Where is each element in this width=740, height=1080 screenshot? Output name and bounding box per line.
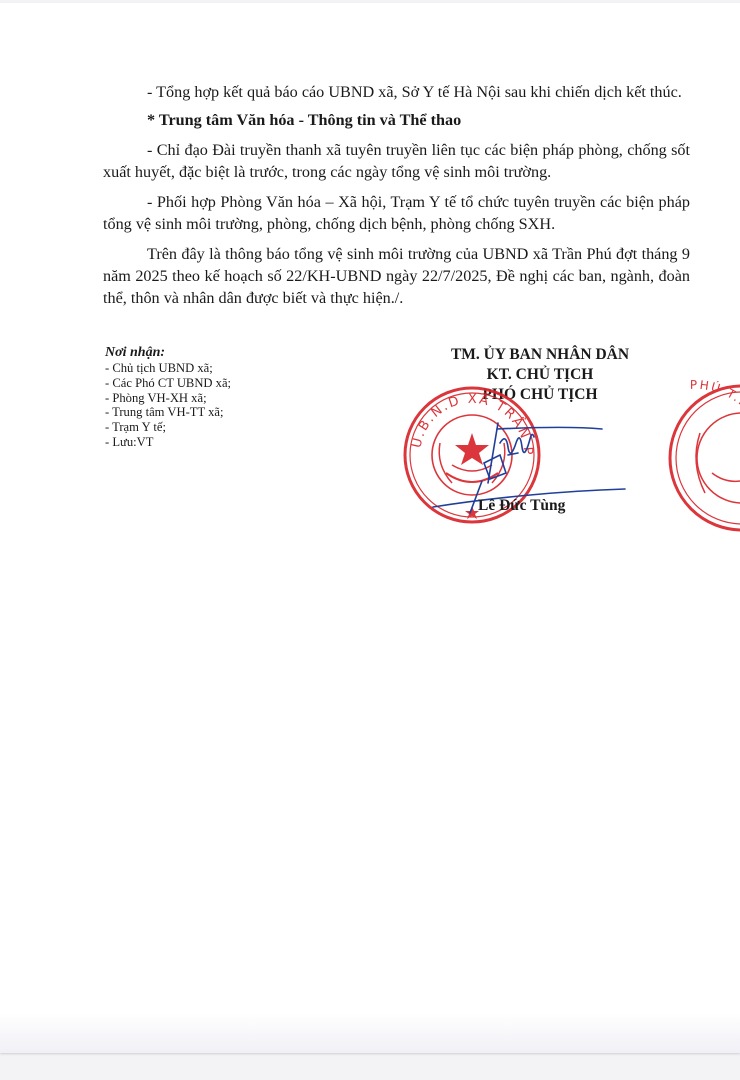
document-page: - Tổng hợp kết quả báo cáo UBND xã, Sở Y… <box>0 3 740 1053</box>
stamps-and-signature: U.B.N.D XÃ TRẦN PHÚ T.P HÀ NỘI PHÚ T.P H… <box>0 3 740 1053</box>
partial-seal-icon: PHÚ T.P HÀ NỘI <box>670 378 740 530</box>
signer-name: Lê Đức Tùng <box>478 497 565 515</box>
official-seal-icon: U.B.N.D XÃ TRẦN PHÚ T.P HÀ NỘI <box>0 3 539 522</box>
